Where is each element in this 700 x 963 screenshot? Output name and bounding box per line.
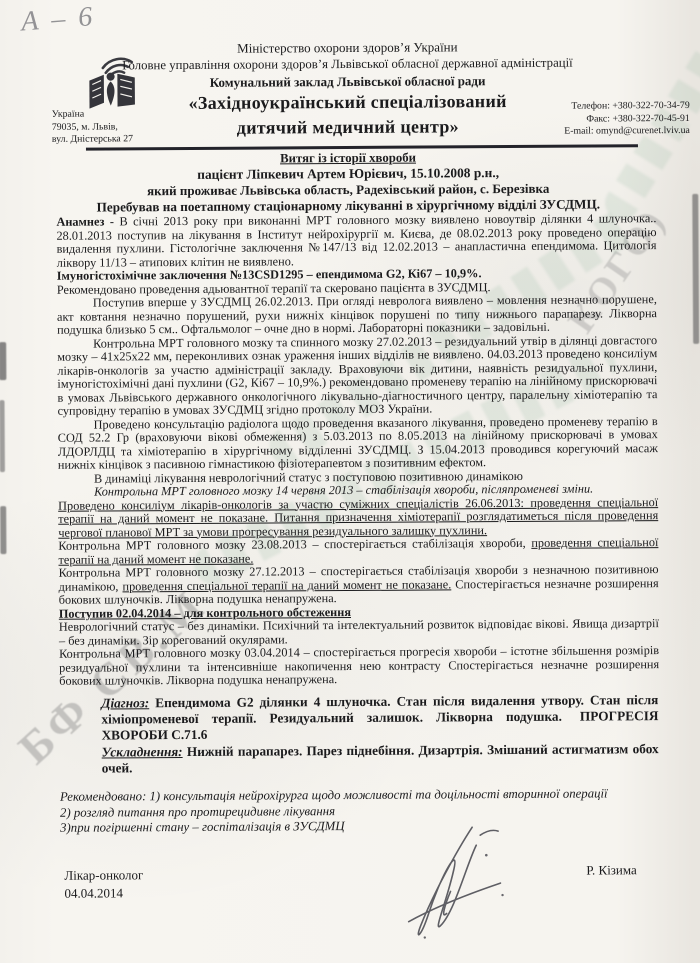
recommendations-block: Рекомендовано: 1) консультація нейрохіру… (60, 786, 636, 836)
paragraph-anamnesis: Анамнез - В січні 2013 року при виконанн… (56, 212, 656, 270)
department-line: Головне управління охорони здоров’я Льві… (0, 55, 698, 74)
doctor-title: Лікар-онколог (64, 867, 143, 883)
address-country: Україна (52, 108, 133, 121)
address-block: Україна 79035, м. Львів, вул. Дністерськ… (52, 108, 133, 146)
paragraph-mrt-03-04-2014: Контрольна МРТ головного мозку 03.04.201… (59, 644, 659, 688)
diagnosis-text: Епендимома G2 ділянки 4 шлуночка. Стан п… (101, 692, 658, 727)
recommendation-item-3: 3)при погіршенні стану – госпіталізація … (60, 817, 636, 836)
scan-smudge (0, 400, 5, 472)
mrt-0823-text: Контрольна МРТ головного мозку 23.08.201… (58, 536, 531, 553)
paragraph-mrt-27-12-2013: Контрольна МРТ головного мозку 27.12.201… (59, 563, 659, 607)
complications-label: Ускладнення: (102, 744, 183, 759)
address-street: вул. Дністерська 27 (52, 133, 133, 146)
document-body: Анамнез - В січні 2013 року при виконанн… (56, 212, 659, 688)
org-type-line: Комунальний заклад Львівської обласної р… (0, 72, 698, 92)
paragraph-consilium-26-06-2013: Проведено консиліум лікарів-онкологів за… (58, 496, 658, 540)
complications-text: Нижній парапарез. Парез піднебіння. Диза… (102, 741, 659, 776)
paragraph-first-admission: Поступив вперше у ЗУСДМЦ 26.02.2013. При… (57, 293, 657, 337)
address-city: 79035, м. Львів, (52, 121, 133, 134)
diagnosis-paragraph: Діагноз: Епендимома G2 ділянки 4 шлуночк… (101, 692, 658, 744)
doctor-signature (360, 821, 531, 950)
scanned-medical-extract-page: БФ СВ.М КОГО) А – 6 (0, 0, 700, 963)
complications-paragraph: Ускладнення: Нижній парапарез. Парез під… (102, 741, 659, 777)
email-line: E-mail: omynd@curenet.lviv.ua (564, 125, 690, 138)
paragraph-mrt-27-02-2013: Контрольна МРТ головного мозку та спинно… (57, 334, 657, 419)
fax-line: Факс: +380-322-70-45-91 (564, 112, 690, 125)
signer-name: Р. Кізима (586, 862, 636, 878)
diagnosis-block: Діагноз: Епендимома G2 ділянки 4 шлуночк… (101, 692, 658, 776)
anamnesis-label: Анамнез - (56, 214, 119, 228)
scan-smudge (0, 506, 6, 554)
scan-smudge (0, 342, 6, 380)
handwritten-corner-note: А – 6 (20, 1, 96, 39)
document-title-text: Витяг із історії хвороби (280, 151, 416, 166)
diagnosis-label: Діагноз: (101, 695, 149, 710)
anamnesis-text: В січні 2013 року при виконанні МРТ голо… (56, 211, 656, 269)
scan-smudge (692, 194, 699, 344)
phone-line: Телефон: +380-322-70-34-79 (564, 100, 690, 113)
paragraph-radiology-consult: Проведено консультацію радіолога щодо пр… (58, 415, 658, 473)
document-date: 04.04.2014 (64, 885, 123, 901)
contacts-block: Телефон: +380-322-70-34-79 Факс: +380-32… (564, 100, 690, 138)
